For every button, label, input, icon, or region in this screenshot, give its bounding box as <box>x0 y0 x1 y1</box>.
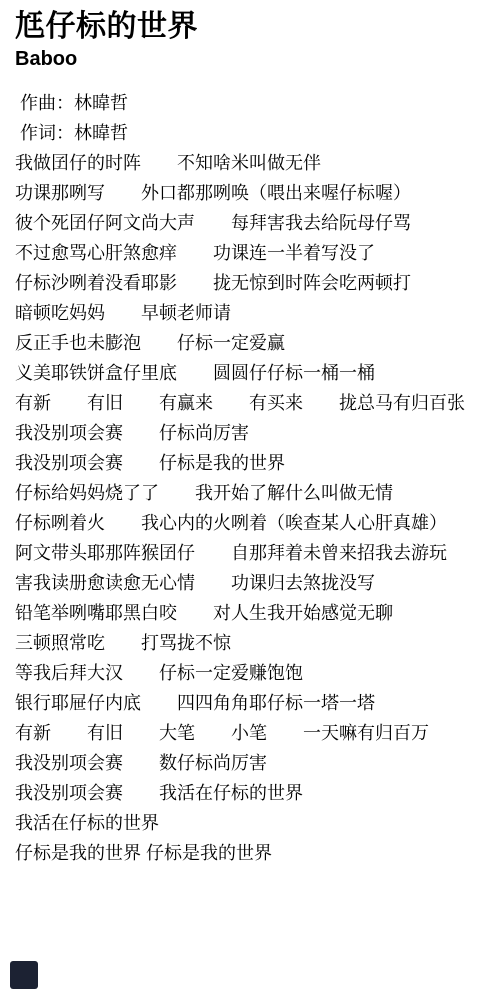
credit-line: 作词：林暐哲 <box>15 118 490 148</box>
lyric-line: 有新 有旧 有赢来 有买来 拢总马有归百张 <box>15 388 490 418</box>
lyric-line: 仔标沙咧着没看耶影 拢无惊到时阵会吃两顿打 <box>15 268 490 298</box>
lyric-line: 不过愈骂心肝煞愈痒 功课连一半着写没了 <box>15 238 490 268</box>
lyric-line: 暗顿吃妈妈 早顿老师请 <box>15 298 490 328</box>
lyric-line: 我做囝仔的时阵 不知啥米叫做无伴 <box>15 148 490 178</box>
lyric-line: 功课那咧写 外口都那咧唤（喂出来喔仔标喔） <box>15 178 490 208</box>
lyric-line: 我没别项会赛 仔标尚厉害 <box>15 418 490 448</box>
lyric-line: 我没别项会赛 我活在仔标的世界 <box>15 778 490 808</box>
lyric-line: 彼个死囝仔阿文尚大声 每拜害我去给阮母仔骂 <box>15 208 490 238</box>
artist-name: Baboo <box>15 46 490 72</box>
lyric-line: 银行耶屉仔内底 四四角角耶仔标一塔一塔 <box>15 688 490 718</box>
lyric-line: 阿文带头耶那阵猴囝仔 自那拜着未曾来招我去游玩 <box>15 538 490 568</box>
lyrics-block: 我做囝仔的时阵 不知啥米叫做无伴功课那咧写 外口都那咧唤（喂出来喔仔标喔）彼个死… <box>15 148 490 868</box>
lyric-line: 我没别项会赛 数仔标尚厉害 <box>15 748 490 778</box>
lyric-line: 铅笔举咧嘴耶黑白咬 对人生我开始感觉无聊 <box>15 598 490 628</box>
lyric-line: 仔标咧着火 我心内的火咧着（唉查某人心肝真雄） <box>15 508 490 538</box>
lyric-line: 三顿照常吃 打骂拢不惊 <box>15 628 490 658</box>
lyric-line: 等我后拜大汉 仔标一定爱赚饱饱 <box>15 658 490 688</box>
lyric-line: 仔标给妈妈烧了了 我开始了解什么叫做无情 <box>15 478 490 508</box>
lyric-line: 反正手也未膨泡 仔标一定爱赢 <box>15 328 490 358</box>
lyric-line: 我活在仔标的世界 <box>15 808 490 838</box>
lyric-line: 仔标是我的世界 仔标是我的世界 <box>15 838 490 868</box>
lyric-line: 我没别项会赛 仔标是我的世界 <box>15 448 490 478</box>
bottom-left-dark-square-button[interactable] <box>10 961 38 989</box>
lyric-line: 义美耶铁饼盒仔里底 圆圆仔仔标一桶一桶 <box>15 358 490 388</box>
lyrics-page: 尪仔标的世界 Baboo 作曲：林暐哲 作词：林暐哲 我做囝仔的时阵 不知啥米叫… <box>0 0 500 1000</box>
lyric-line: 害我读册愈读愈无心情 功课归去煞拢没写 <box>15 568 490 598</box>
credit-line: 作曲：林暐哲 <box>15 88 490 118</box>
page-title: 尪仔标的世界 <box>15 8 490 46</box>
lyric-line: 有新 有旧 大笔 小笔 一天嘛有归百万 <box>15 718 490 748</box>
credits-block: 作曲：林暐哲 作词：林暐哲 <box>15 88 490 148</box>
